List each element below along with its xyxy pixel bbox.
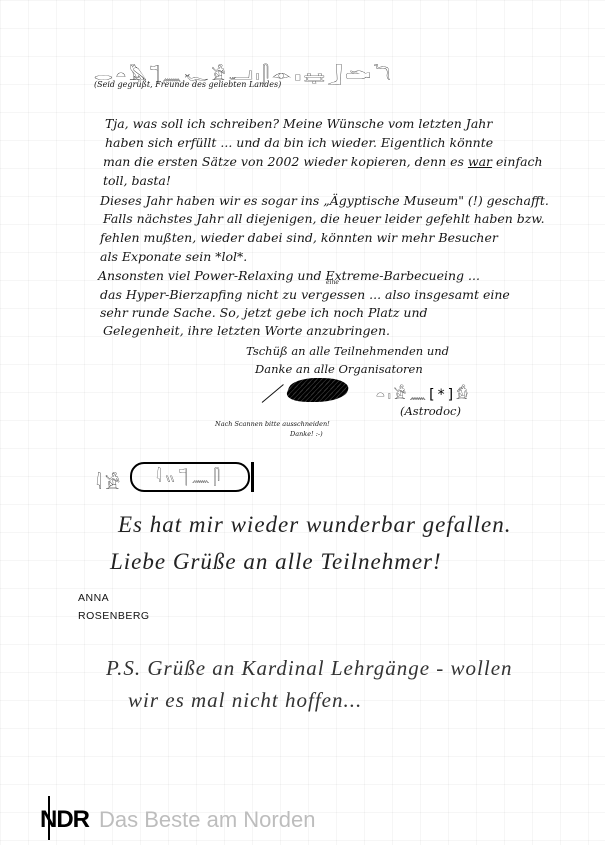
closing-line-1: Tschüß an alle Teilnehmenden und bbox=[246, 344, 449, 358]
closing-line-2: Danke an alle Organisatoren bbox=[255, 362, 423, 376]
letter-line: das Hyper-Bierzapfing nicht zu vergessen… bbox=[100, 287, 510, 302]
superscript-note: eine bbox=[326, 279, 339, 286]
underlined-word: war bbox=[468, 154, 492, 169]
signature-first-name: ANNA bbox=[78, 592, 109, 604]
letter-line: Ansonsten viel Power-Relaxing und Extrem… bbox=[98, 268, 480, 283]
scan-note-thanks: Danke! :-) bbox=[290, 430, 323, 438]
letter-line: Falls nächstes Jahr all diejenigen, die … bbox=[103, 211, 545, 226]
signature-glyphs: 𓏏𓏤𓀀𓈖[*]𓀁 bbox=[376, 380, 471, 404]
letter-line: sehr runde Sache. So, jetzt gebe ich noc… bbox=[100, 305, 428, 320]
footer-slogan: Das Beste am Norden bbox=[99, 807, 315, 833]
signature-last-name: ROSENBERG bbox=[78, 610, 150, 622]
letter-line: als Exponate sein *lol*. bbox=[100, 249, 247, 264]
ndr-logo: NDR bbox=[40, 806, 89, 834]
signature-name: (Astrodoc) bbox=[400, 404, 461, 418]
letter-line: Dieses Jahr haben wir es sogar ins „Ägyp… bbox=[100, 193, 549, 208]
letter-line-text: man die ersten Sätze von 2002 wieder kop… bbox=[103, 154, 464, 169]
postscript-line-1: P.S. Grüße an Kardinal Lehrgänge - wolle… bbox=[106, 656, 513, 681]
footer-branding: NDR Das Beste am Norden bbox=[40, 806, 315, 834]
letter-line: Gelegenheit, ihre letzten Worte anzubrin… bbox=[103, 323, 390, 338]
scan-note: Nach Scannen bitte ausschneiden! bbox=[215, 420, 330, 428]
letter-line: Tja, was soll ich schreiben? Meine Wünsc… bbox=[105, 116, 492, 131]
letter-line: toll, basta! bbox=[103, 173, 171, 188]
second-hieroglyphs: 𓇋𓀀 bbox=[96, 466, 123, 495]
letter-line: fehlen mußten, wieder dabei sind, könnte… bbox=[100, 230, 498, 245]
second-message-line-2: Liebe Grüße an alle Teilnehmer! bbox=[110, 549, 442, 575]
postscript-line-2: wir es mal nicht hoffen... bbox=[128, 688, 362, 713]
greeting-translation: (Seid gegrüßt, Freunde des geliebten Lan… bbox=[94, 80, 281, 89]
second-message-line-1: Es hat mir wieder wunderbar gefallen. bbox=[118, 512, 511, 538]
letter-line: man die ersten Sätze von 2002 wieder kop… bbox=[103, 154, 543, 169]
name-cartouche: 𓇋𓏭𓊹𓈖𓋴 bbox=[130, 462, 250, 492]
letter-line: haben sich erfüllt ... und da bin ich wi… bbox=[105, 135, 493, 150]
letter-line-tail: einfach bbox=[496, 154, 543, 169]
